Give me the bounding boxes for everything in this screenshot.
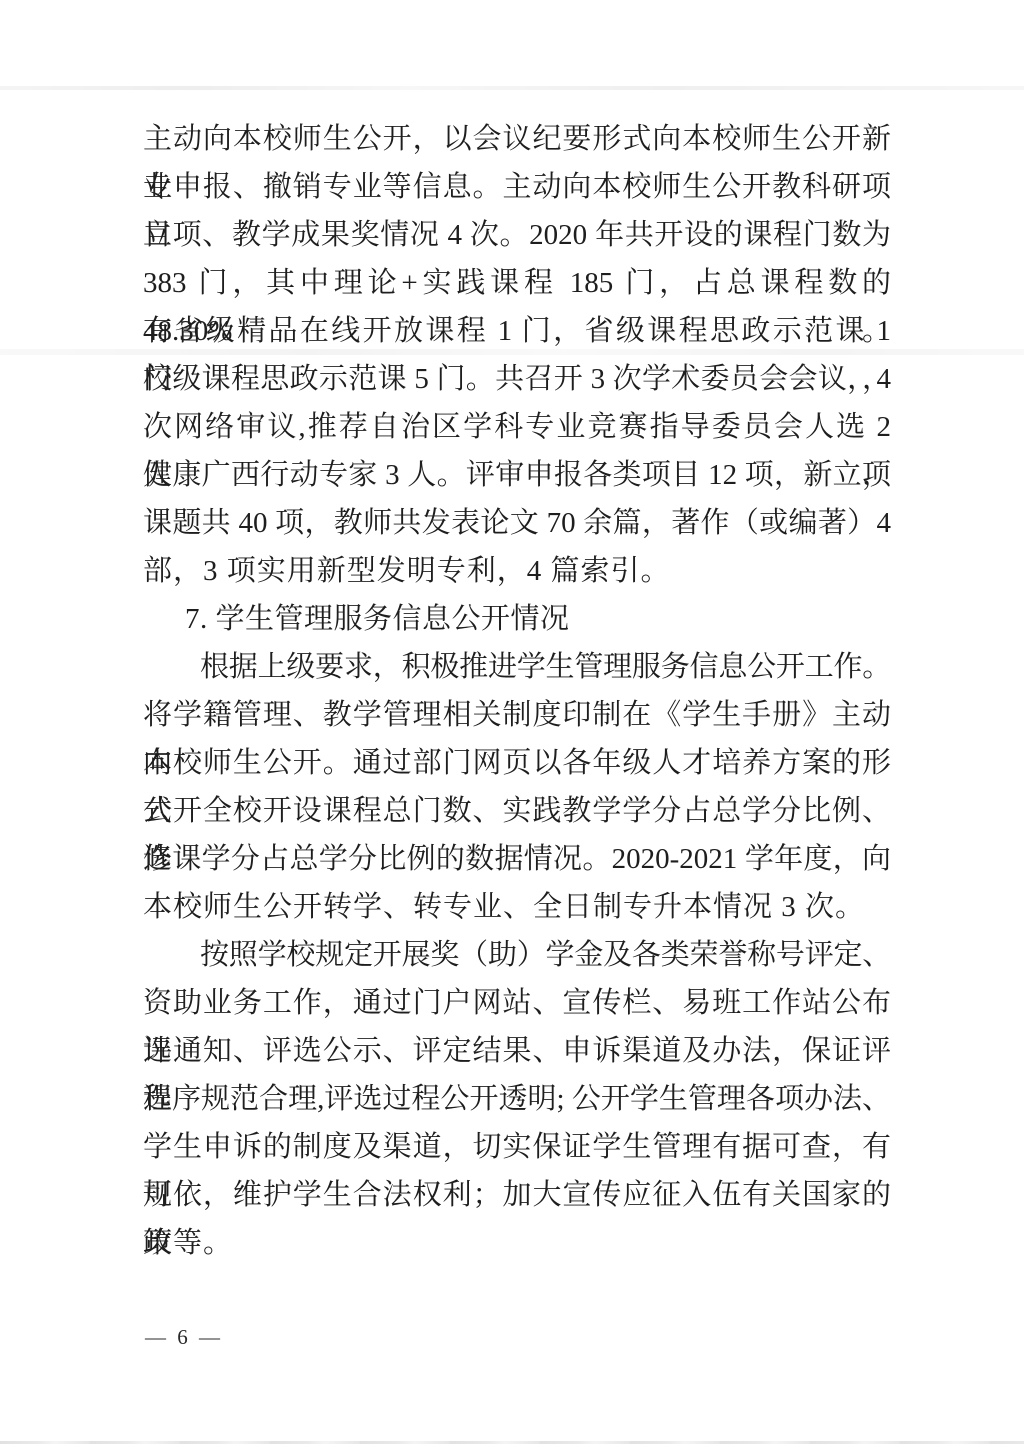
text-line: 学生申诉的制度及渠道，切实保证学生管理有据可查，有规 — [143, 1123, 891, 1171]
text-line: 次网络审议,推荐自治区学科专业竞赛指导委员会人选 2 人， — [143, 403, 891, 451]
text-line: 程序规范合理,评选过程公开透明; 公开学生管理各项办法、 — [143, 1075, 891, 1123]
section-heading: 7. 学生管理服务信息公开情况 — [143, 595, 891, 643]
text-line: 资助业务工作，通过门户网站、宣传栏、易班工作站公布评 — [143, 979, 891, 1027]
text-line: 有省级精品在线开放课程 1 门，省级课程思政示范课 1 门， — [143, 307, 891, 355]
text-line: 部，3 项实用新型发明专利，4 篇索引。 — [143, 547, 891, 595]
scan-artifact-streak-top — [0, 86, 1024, 90]
text-line: 本校师生公开转学、转专业、全日制专升本情况 3 次。 — [143, 883, 891, 931]
text-line: 修课学分占总学分比例的数据情况。2020-2021 学年度，向 — [143, 835, 891, 883]
text-line: 公开全校开设课程总门数、实践教学学分占总学分比例、选 — [143, 787, 891, 835]
text-line: 业申报、撤销专业等信息。主动向本校师生公开教科研项目 — [143, 163, 891, 211]
document-body: 主动向本校师生公开，以会议纪要形式向本校师生公开新专业申报、撤销专业等信息。主动… — [143, 115, 891, 1267]
text-line: 策等。 — [143, 1219, 891, 1267]
text-line: 383 门，其中理论+实践课程 185 门，占总课程数的 48.30%。 — [143, 259, 891, 307]
text-line: 将学籍管理、教学管理相关制度印制在《学生手册》主动向 — [143, 691, 891, 739]
text-line: 可依，维护学生合法权利；加大宣传应征入伍有关国家的政 — [143, 1171, 891, 1219]
text-line: 根据上级要求，积极推进学生管理服务信息公开工作。 — [143, 643, 891, 691]
document-page: 主动向本校师生公开，以会议纪要形式向本校师生公开新专业申报、撤销专业等信息。主动… — [0, 0, 1024, 1447]
text-line: 本校师生公开。通过部门网页以各年级人才培养方案的形式 — [143, 739, 891, 787]
text-line: 按照学校规定开展奖（助）学金及各类荣誉称号评定、 — [143, 931, 891, 979]
page-number: — 6 — — [145, 1322, 223, 1352]
text-line: 课题共 40 项，教师共发表论文 70 余篇，著作（或编著）4 — [143, 499, 891, 547]
text-line: 主动向本校师生公开，以会议纪要形式向本校师生公开新专 — [143, 115, 891, 163]
text-line: 选通知、评选公示、评定结果、申诉渠道及办法，保证评选 — [143, 1027, 891, 1075]
scan-artifact-bottom-edge — [0, 1441, 1024, 1444]
text-line: 立项、教学成果奖情况 4 次。2020 年共开设的课程门数为 — [143, 211, 891, 259]
text-line: 校级课程思政示范课 5 门。共召开 3 次学术委员会会议，4 — [143, 355, 891, 403]
text-line: 健康广西行动专家 3 人。评审申报各类项目 12 项，新立项 — [143, 451, 891, 499]
